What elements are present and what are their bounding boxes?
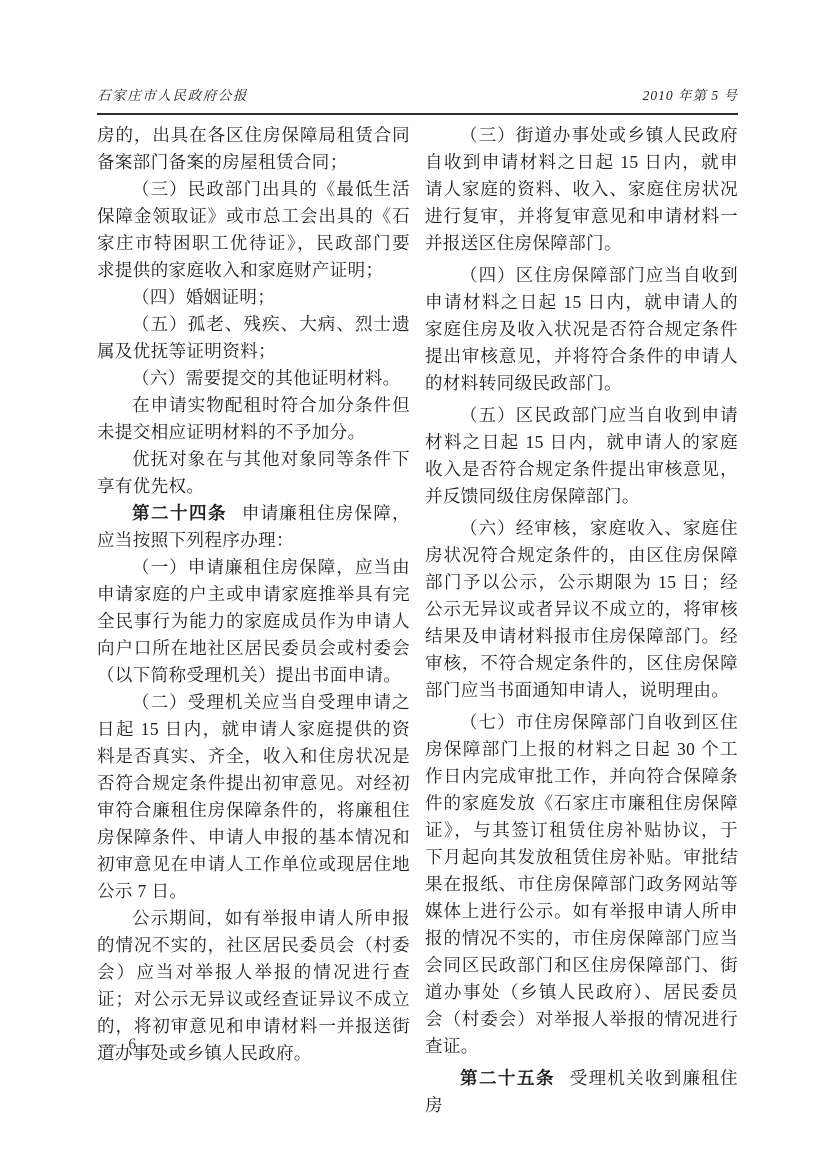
paragraph-text: （一）申请廉租住房保障，应当由申请家庭的户主或申请家庭推举具有完全民事行为能力的…	[97, 557, 410, 685]
paragraph-text: 房的，出具在各区住房保障局租赁合同备案部门备案的房屋租赁合同；	[97, 125, 410, 172]
paragraph-text: 在申请实物配租时符合加分条件但未提交相应证明材料的不予加分。	[97, 395, 410, 442]
right-column: （三）街道办事处或乡镇人民政府自收到申请材料之日起 15 日内，就申请人家庭的资…	[425, 122, 738, 1119]
paragraph-text: （二）受理机关应当自受理申请之日起 15 日内，就申请人家庭提供的资料是否真实、…	[97, 692, 410, 901]
paragraph: （七）市住房保障部门自收到区住房保障部门上报的材料之日起 30 个工作日内完成审…	[425, 709, 738, 1060]
article-number: 第二十四条	[132, 503, 227, 523]
paragraph: （六）需要提交的其他证明材料。	[97, 365, 410, 392]
document-body: 房的，出具在各区住房保障局租赁合同备案部门备案的房屋租赁合同；（三）民政部门出具…	[97, 122, 738, 1119]
paragraph: （六）经审核，家庭收入、家庭住房状况符合规定条件的，由区住房保障部门予以公示，公…	[425, 515, 738, 704]
paragraph: （五）区民政部门应当自收到申请材料之日起 15 日内，就申请人的家庭收入是否符合…	[425, 402, 738, 510]
paragraph-text: （五）区民政部门应当自收到申请材料之日起 15 日内，就申请人的家庭收入是否符合…	[425, 405, 738, 506]
paragraph-text: （七）市住房保障部门自收到区住房保障部门上报的材料之日起 30 个工作日内完成审…	[425, 712, 738, 1056]
gazette-page: 石家庄市人民政府公报 2010 年第 5 号 房的，出具在各区住房保障局租赁合同…	[0, 0, 826, 1169]
running-head: 石家庄市人民政府公报 2010 年第 5 号	[97, 84, 738, 115]
left-column: 房的，出具在各区住房保障局租赁合同备案部门备案的房屋租赁合同；（三）民政部门出具…	[97, 122, 410, 1119]
paragraph: 第二十五条受理机关收到廉租住房	[425, 1065, 738, 1119]
paragraph: （一）申请廉租住房保障，应当由申请家庭的户主或申请家庭推举具有完全民事行为能力的…	[97, 554, 410, 689]
paragraph-text: （四）区住房保障部门应当自收到申请材料之日起 15 日内，就申请人的家庭住房及收…	[425, 265, 738, 393]
paragraph-text: （五）孤老、残疾、大病、烈士遗属及优抚等证明资料；	[97, 314, 410, 361]
paragraph: （二）受理机关应当自受理申请之日起 15 日内，就申请人家庭提供的资料是否真实、…	[97, 689, 410, 905]
paragraph-text: （四）婚姻证明；	[132, 287, 275, 307]
paragraph-text: （六）经审核，家庭收入、家庭住房状况符合规定条件的，由区住房保障部门予以公示，公…	[425, 518, 738, 700]
paragraph: （五）孤老、残疾、大病、烈士遗属及优抚等证明资料；	[97, 311, 410, 365]
gazette-title: 石家庄市人民政府公报	[97, 84, 248, 104]
paragraph-text: （三）街道办事处或乡镇人民政府自收到申请材料之日起 15 日内，就申请人家庭的资…	[425, 125, 738, 253]
paragraph: 优抚对象在与其他对象同等条件下享有优先权。	[97, 446, 410, 500]
paragraph: （三）民政部门出具的《最低生活保障金领取证》或市总工会出具的《石家庄市特困职工优…	[97, 176, 410, 284]
page-number: — 6 —	[101, 1036, 168, 1053]
issue-number: 2010 年第 5 号	[643, 84, 738, 104]
paragraph: （四）区住房保障部门应当自收到申请材料之日起 15 日内，就申请人的家庭住房及收…	[425, 262, 738, 397]
paragraph: 在申请实物配租时符合加分条件但未提交相应证明材料的不予加分。	[97, 392, 410, 446]
paragraph-text: （三）民政部门出具的《最低生活保障金领取证》或市总工会出具的《石家庄市特困职工优…	[97, 179, 410, 280]
paragraph: （四）婚姻证明；	[97, 284, 410, 311]
paragraph: 房的，出具在各区住房保障局租赁合同备案部门备案的房屋租赁合同；	[97, 122, 410, 176]
paragraph: （三）街道办事处或乡镇人民政府自收到申请材料之日起 15 日内，就申请人家庭的资…	[425, 122, 738, 257]
article-number: 第二十五条	[460, 1068, 555, 1088]
paragraph: 第二十四条申请廉租住房保障，应当按照下列程序办理：	[97, 500, 410, 554]
page-footer: — 6 —	[101, 1036, 168, 1054]
paragraph-text: （六）需要提交的其他证明材料。	[132, 368, 401, 388]
paragraph-text: 优抚对象在与其他对象同等条件下享有优先权。	[97, 449, 410, 496]
